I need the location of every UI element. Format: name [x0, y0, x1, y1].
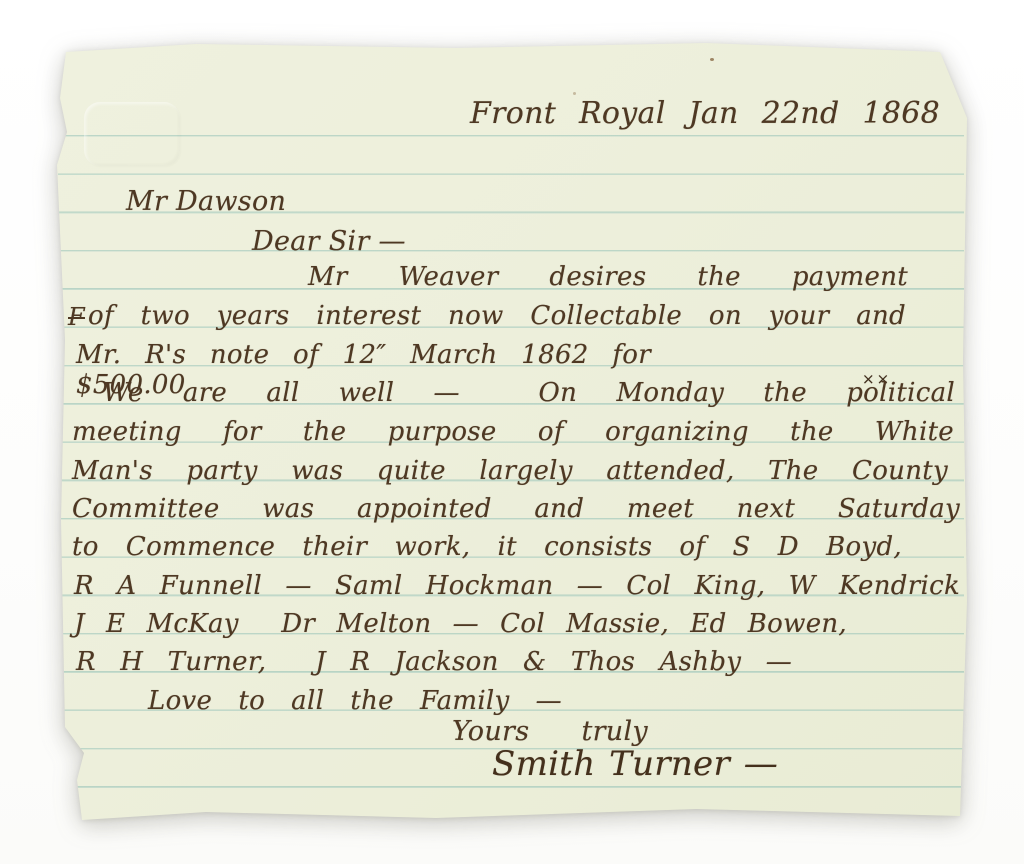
signature: Smith Turner —: [492, 744, 778, 784]
recipient: Mr Dawson: [126, 186, 286, 217]
scanned-letter-photo: Front Royal Jan 22nd 1868 Mr Dawson Dear…: [0, 0, 1024, 864]
body-line: Committee was appointed and meet next Sa…: [72, 494, 960, 524]
paper-shadow-wrap: Front Royal Jan 22nd 1868 Mr Dawson Dear…: [0, 0, 1024, 864]
embossed-stationery-stamp: [84, 102, 180, 166]
paper-stain: [710, 58, 714, 61]
body-line: of two years interest now Collectable on…: [88, 301, 906, 331]
body-line: R A Funnell — Saml Hockman — Col King, W…: [74, 571, 960, 601]
body-line: Man's party was quite largely attended, …: [72, 456, 948, 486]
closing: Yours truly: [452, 716, 648, 747]
body-line: We are all well — On Monday the politica…: [103, 378, 955, 408]
letter-paper: Front Royal Jan 22nd 1868 Mr Dawson Dear…: [56, 40, 968, 822]
body-line: Mr Weaver desires the payment: [308, 262, 908, 292]
body-line: J E McKay Dr Melton — Col Massie, Ed Bow…: [74, 609, 847, 639]
dateline: Front Royal Jan 22nd 1868: [470, 96, 940, 131]
body-line: to Commence their work, it consists of S…: [72, 532, 902, 562]
body-line: meeting for the purpose of organizing th…: [72, 417, 954, 447]
correction-mark: F: [68, 303, 85, 331]
salutation: Dear Sir —: [252, 226, 406, 257]
body-line: Love to all the Family —: [148, 686, 562, 716]
paper-stain: [573, 92, 576, 95]
body-line: R H Turner, J R Jackson & Thos Ashby —: [76, 647, 792, 677]
